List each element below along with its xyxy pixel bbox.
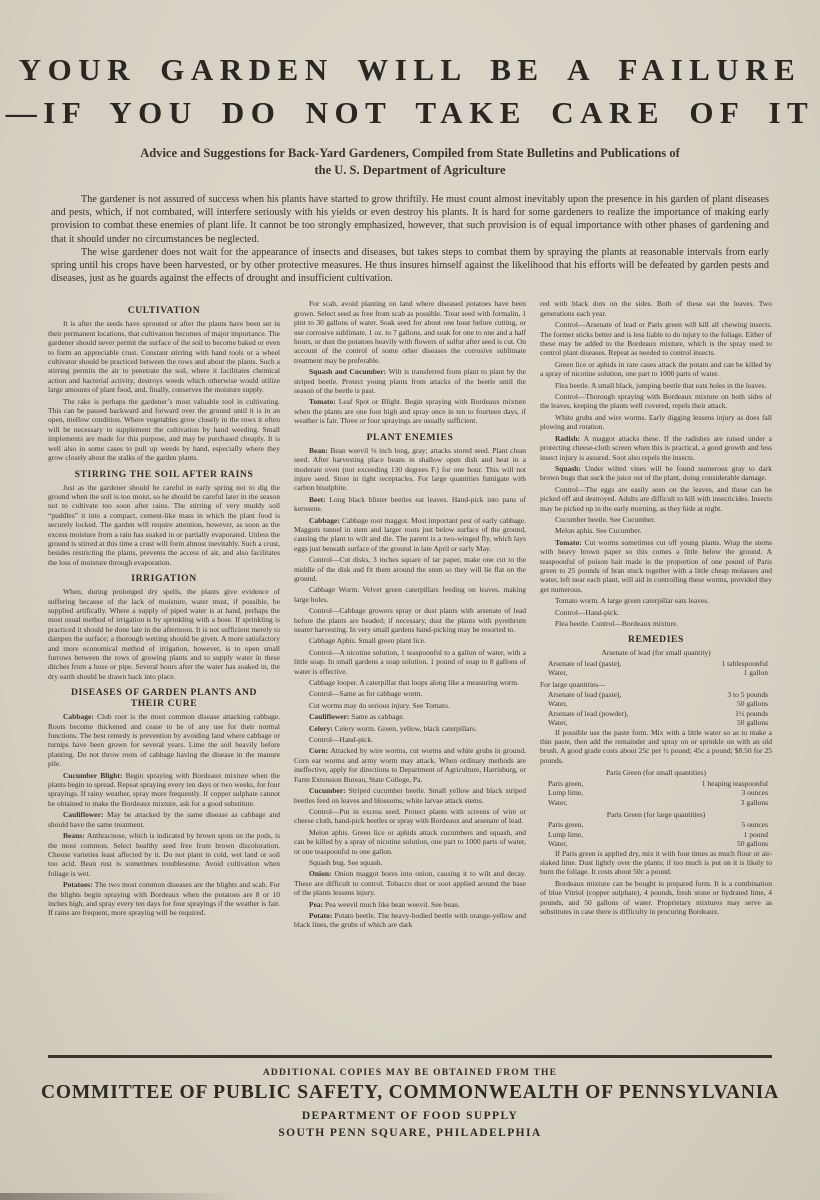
paragraph: White grubs and wire worms. Early diggin… — [540, 413, 772, 432]
recipe-row: Water,1 gallon — [540, 668, 772, 677]
section-heading: DISEASES OF GARDEN PLANTS AND THEIR CURE — [56, 687, 272, 709]
recipe-row: Water,50 gallons — [540, 699, 772, 708]
recipe-ingredient: Arsenate of lead (paste), — [548, 690, 621, 699]
subtitle-line1: Advice and Suggestions for Back-Yard Gar… — [0, 145, 820, 162]
recipe-amount: 1 pound — [744, 830, 768, 839]
paragraph-lead: Squash: — [555, 464, 585, 473]
paragraph: Celery: Celery worm. Green, yellow, blac… — [294, 724, 526, 733]
recipe-ingredient: Water, — [548, 798, 567, 807]
poster-title-line2: —IF YOU DO NOT TAKE CARE OF IT — [0, 95, 820, 131]
poster-page: YOUR GARDEN WILL BE A FAILURE —IF YOU DO… — [0, 0, 820, 1200]
text-line: For large quantities— — [540, 680, 772, 689]
paragraph-lead: Celery: — [309, 724, 335, 733]
paragraph: Cucumber Blight: Begin spraying with Bor… — [48, 771, 280, 809]
recipe-row: Arsenate of lead (powder),1½ pounds — [540, 709, 772, 718]
paragraph: Corn: Attacked by wire worms, cut worms … — [294, 746, 526, 784]
footer-committee-line: COMMITTEE OF PUBLIC SAFETY, COMMONWEALTH… — [0, 1082, 820, 1104]
paragraph: Cabbage Aphis. Small green plant lice. — [294, 636, 526, 645]
recipe-ingredient: Water, — [548, 718, 567, 727]
paragraph: Potatoes: The two most common diseases a… — [48, 880, 280, 918]
paragraph: red with black dots on the sides. Both o… — [540, 299, 772, 318]
recipe-row: Lump lime,3 ounces — [540, 788, 772, 797]
paragraph-lead: Tomato: — [309, 397, 339, 406]
paragraph: Cucumber: Striped cucumber beetle. Small… — [294, 786, 526, 805]
paragraph: Control—The eggs are easily seen on the … — [540, 485, 772, 513]
paragraph-lead: Radish: — [555, 434, 584, 443]
paragraph: Squash and Cucumber: Wilt is transferred… — [294, 367, 526, 395]
paragraph-lead: Beans: — [63, 831, 87, 840]
paragraph-lead: Bean: — [309, 446, 330, 455]
paragraph: Control—Cabbage growers spray or dust pl… — [294, 606, 526, 634]
paragraph: Control—Thorough spraying with Bordeaux … — [540, 392, 772, 411]
recipe-ingredient: Paris green, — [548, 820, 583, 829]
paragraph: It is after the seeds have sprouted or a… — [48, 319, 280, 394]
recipe-amount: 3 ounces — [742, 788, 768, 797]
paragraph: Squash bug. See squash. — [294, 858, 526, 867]
recipe-amount: 50 gallons — [737, 839, 768, 848]
recipe-amount: 5 ounces — [742, 820, 768, 829]
horizontal-rule — [48, 1055, 772, 1058]
section-heading: STIRRING THE SOIL AFTER RAINS — [56, 469, 272, 480]
intro-paragraph-2: The wise gardener does not wait for the … — [51, 246, 769, 286]
paragraph: Bordeaux mixture can be bought in prepar… — [540, 879, 772, 917]
footer-obtain-line: ADDITIONAL COPIES MAY BE OBTAINED FROM T… — [0, 1068, 820, 1078]
paragraph-lead: Potatoes: — [63, 880, 95, 889]
recipe-amount: 1 tablespoonful — [722, 659, 768, 668]
recipe-row: Water,50 gallons — [540, 839, 772, 848]
recipe-amount: 1 gallon — [744, 668, 768, 677]
paragraph: Just as the gardener should be careful i… — [48, 483, 280, 568]
recipe-ingredient: Paris green, — [548, 779, 583, 788]
recipe-ingredient: Arsenate of lead (powder), — [548, 709, 628, 718]
paragraph: Bean: Bean weevil ⅛ inch long, gray; att… — [294, 446, 526, 493]
column-3: red with black dots on the sides. Both o… — [540, 299, 772, 1047]
recipe-ingredient: Arsenate of lead (paste), — [548, 659, 621, 668]
recipe-title: Arsenate of lead (for small quantity) — [540, 648, 772, 657]
recipe-row: Arsenate of lead (paste),3 to 5 pounds — [540, 690, 772, 699]
paragraph: Flea beetle. A small black, jumping beet… — [540, 381, 772, 390]
paragraph-lead: Pea: — [309, 900, 325, 909]
paragraph: When, during prolonged dry spells, the p… — [48, 587, 280, 681]
recipe-amount: 1½ pounds — [735, 709, 768, 718]
paragraph: Control—Hand-pick. — [294, 735, 526, 744]
scan-shadow-artifact — [0, 1193, 240, 1200]
recipe-row: Lump lime,1 pound — [540, 830, 772, 839]
paragraph: Tomato worm. A large green caterpillar e… — [540, 596, 772, 605]
paragraph-lead: Potato: — [309, 911, 334, 920]
paragraph: Cauliflower: May be attacked by the same… — [48, 810, 280, 829]
recipe-ingredient: Lump lime, — [548, 830, 583, 839]
paragraph-lead: Cucumber Blight: — [63, 771, 126, 780]
recipe-ingredient: Water, — [548, 699, 567, 708]
paragraph: Control—Cut disks, 3 inches square of ta… — [294, 555, 526, 583]
paragraph: Beet: Long black blister beetles eat lea… — [294, 495, 526, 514]
recipe-amount: 3 to 5 pounds — [727, 690, 768, 699]
recipe-ingredient: Lump lime, — [548, 788, 583, 797]
section-heading: PLANT ENEMIES — [302, 432, 518, 443]
paragraph: Melon aphis. See Cucumber. — [540, 526, 772, 535]
recipe-row: Water,50 gallons — [540, 718, 772, 727]
column-1: CULTIVATIONIt is after the seeds have sp… — [48, 299, 280, 1047]
paragraph: The rake is perhaps the gardener’s most … — [48, 397, 280, 463]
footer: ADDITIONAL COPIES MAY BE OBTAINED FROM T… — [0, 1068, 820, 1139]
paragraph: Cabbage: Cabbage root maggot. Most impor… — [294, 516, 526, 554]
paragraph-lead: Squash and Cucumber: — [309, 367, 389, 376]
paragraph-lead: Cabbage: — [63, 712, 97, 721]
paragraph-lead: Beet: — [309, 495, 329, 504]
paragraph: If possible use the paste form. Mix with… — [540, 728, 772, 766]
paragraph: Radish: A maggot attacks these. If the r… — [540, 434, 772, 462]
paragraph: Control—Hand-pick. — [540, 608, 772, 617]
paragraph: Cabbage Worm. Velvet green caterpillars … — [294, 585, 526, 604]
columns: CULTIVATIONIt is after the seeds have sp… — [0, 299, 820, 1047]
paragraph: Control—Put in excess seed. Protect plan… — [294, 807, 526, 826]
paragraph: Flea beetle. Control—Bordeaux mixture. — [540, 619, 772, 628]
paragraph: Cut worms may do serious injury. See Tom… — [294, 701, 526, 710]
paragraph: Control—Arsenate of lead or Paris green … — [540, 320, 772, 358]
recipe-title: Paris Green (for large quantities) — [540, 810, 772, 819]
paragraph-lead: Cabbage: — [309, 516, 342, 525]
paragraph: Control—Same as for cabbage worm. — [294, 689, 526, 698]
intro-paragraph-1: The gardener is not assured of success w… — [51, 193, 769, 246]
paragraph: Squash: Under wilted vines will be found… — [540, 464, 772, 483]
footer-address-line: SOUTH PENN SQUARE, PHILADELPHIA — [0, 1127, 820, 1139]
paragraph: Cabbage: Club root is the most common di… — [48, 712, 280, 768]
paragraph: Cauliflower: Same as cabbage. — [294, 712, 526, 721]
paragraph: Melon aphis. Green lice or aphids attack… — [294, 828, 526, 856]
recipe-amount: 50 gallons — [737, 699, 768, 708]
section-heading: CULTIVATION — [56, 305, 272, 316]
paragraph: Tomato: Cut worms sometimes cut off youn… — [540, 538, 772, 594]
subtitle-line2: the U. S. Department of Agriculture — [0, 162, 820, 179]
paragraph-lead: Tomato: — [555, 538, 585, 547]
poster-subtitle: Advice and Suggestions for Back-Yard Gar… — [0, 145, 820, 179]
paragraph: Cabbage looper. A caterpillar that loops… — [294, 678, 526, 687]
paragraph: Cucumber beetle. See Cucumber. — [540, 515, 772, 524]
recipe-ingredient: Water, — [548, 839, 567, 848]
paragraph: For scab, avoid planting on land where d… — [294, 299, 526, 365]
recipe-row: Paris green,1 heaping teaspoonful — [540, 779, 772, 788]
recipe-row: Arsenate of lead (paste),1 tablespoonful — [540, 659, 772, 668]
recipe-row: Paris green,5 ounces — [540, 820, 772, 829]
footer-department-line: DEPARTMENT OF FOOD SUPPLY — [0, 1110, 820, 1122]
section-heading: REMEDIES — [548, 634, 764, 645]
paragraph-lead: Onion: — [309, 869, 334, 878]
column-2: For scab, avoid planting on land where d… — [294, 299, 526, 1047]
paragraph: Onion: Onion maggot bores into onion, ca… — [294, 869, 526, 897]
paragraph: Green lice or aphids in rare cases attac… — [540, 360, 772, 379]
recipe-row: Water,3 gallons — [540, 798, 772, 807]
intro-section: The gardener is not assured of success w… — [51, 193, 769, 285]
paragraph: Potato: Potato beetle. The heavy-bodied … — [294, 911, 526, 930]
paragraph-lead: Cauliflower: — [63, 810, 107, 819]
paragraph-lead: Cauliflower: — [309, 712, 351, 721]
paragraph: Tomato: Leaf Spot or Blight. Begin spray… — [294, 397, 526, 425]
section-heading: IRRIGATION — [56, 573, 272, 584]
recipe-ingredient: Water, — [548, 668, 567, 677]
recipe-amount: 3 gallons — [741, 798, 768, 807]
paragraph-lead: Cucumber: — [309, 786, 349, 795]
paragraph: Control—A nicotine solution, 1 teaspoonf… — [294, 648, 526, 676]
recipe-amount: 1 heaping teaspoonful — [702, 779, 768, 788]
paragraph-lead: Corn: — [309, 746, 330, 755]
poster-title-line1: YOUR GARDEN WILL BE A FAILURE — [0, 52, 820, 88]
paragraph: Beans: Anthracnose, which is indicated b… — [48, 831, 280, 878]
recipe-title: Paris Green (for small quantities) — [540, 768, 772, 777]
paragraph: If Paris green is applied dry, mix it wi… — [540, 849, 772, 877]
paragraph: Pea: Pea weevil much like bean weevil. S… — [294, 900, 526, 909]
recipe-amount: 50 gallons — [737, 718, 768, 727]
